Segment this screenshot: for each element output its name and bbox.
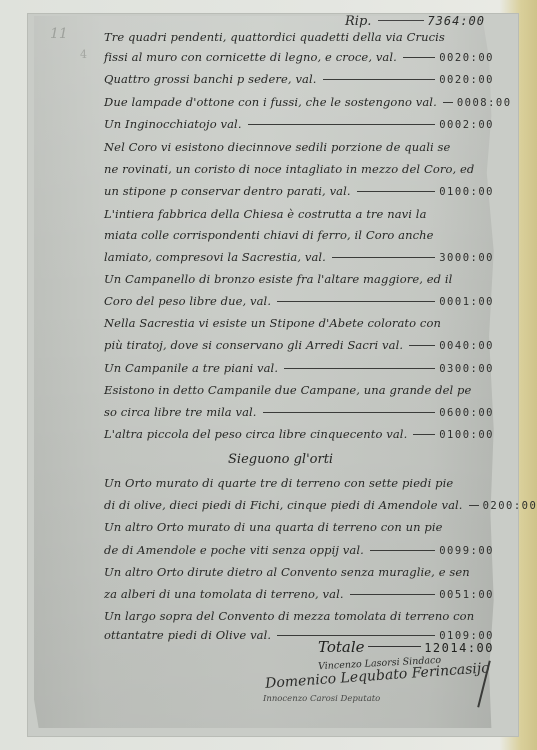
- total-amount: 12014:00: [424, 641, 494, 655]
- carried-forward-amount: 7364:00: [427, 14, 485, 28]
- entry-text: Due lampade d'ottone con i fussi, che le…: [104, 95, 437, 109]
- entry-rule: [403, 57, 435, 58]
- entry-text: Un Campanello di bronzo esiste fra l'alt…: [104, 272, 452, 286]
- entry-line: so circa libre tre mila val.0600:00: [104, 405, 494, 419]
- entry-line: Coro del peso libre due, val.0001:00: [104, 294, 494, 308]
- carried-forward-label: Rip.: [345, 14, 371, 29]
- entry-rule: [357, 191, 436, 192]
- folio-number: 11: [50, 26, 68, 42]
- entry-text: Quattro grossi banchi p sedere, val.: [104, 72, 317, 86]
- total-row: Totale 12014:00: [318, 638, 494, 656]
- total-rule: [368, 646, 422, 647]
- garden-entry-line: za alberi di una tomolata di terreno, va…: [104, 587, 494, 601]
- entry-text: un stipone p conservar dentro parati, va…: [104, 184, 351, 198]
- garden-entry-line: di di olive, dieci piedi di Fichi, cinqu…: [104, 498, 494, 512]
- entry-line: miata colle corrispondenti chiavi di fer…: [104, 228, 494, 242]
- section-heading: Sieguono gl'orti: [228, 452, 333, 467]
- entry-text: Nel Coro vi esistono diecinnove sedili p…: [104, 140, 450, 154]
- garden-entry-line: de di Amendole e poche viti senza oppij …: [104, 543, 494, 557]
- entry-line: L'intiera fabbrica della Chiesa è costru…: [104, 207, 494, 221]
- entry-text: Esistono in detto Campanile due Campane,…: [104, 383, 471, 397]
- entry-amount: 0300:00: [439, 363, 494, 375]
- entry-text: più tiratoj, dove si conservano gli Arre…: [104, 338, 403, 352]
- entry-line: Quattro grossi banchi p sedere, val.0020…: [104, 72, 494, 86]
- garden-entry-line: Un largo sopra del Convento di mezza tom…: [104, 609, 494, 623]
- entry-text: Tre quadri pendenti, quattordici quadett…: [104, 30, 445, 44]
- entry-amount: 0051:00: [439, 589, 494, 601]
- entry-line: Un Campanile a tre piani val.0300:00: [104, 361, 494, 375]
- entry-line: ne rovinati, un coristo di noce intaglia…: [104, 162, 494, 176]
- entry-rule: [277, 301, 435, 302]
- entry-amount: 0008:00: [457, 97, 512, 109]
- entry-rule: [469, 505, 479, 506]
- entry-text: Coro del peso libre due, val.: [104, 294, 271, 308]
- entry-text: Nella Sacrestia vi esiste un Stipone d'A…: [104, 316, 441, 330]
- garden-entry-line: Un altro Orto murato di una quarta di te…: [104, 520, 494, 534]
- entry-rule: [263, 412, 436, 413]
- entry-text: fissi al muro con cornicette di legno, e…: [104, 50, 397, 64]
- entry-text: za alberi di una tomolata di terreno, va…: [104, 587, 344, 601]
- entry-rule: [323, 79, 436, 80]
- entry-text: Un Orto murato di quarte tre di terreno …: [104, 476, 453, 490]
- entry-line: Tre quadri pendenti, quattordici quadett…: [104, 30, 494, 44]
- entry-amount: 0100:00: [439, 429, 494, 441]
- entry-rule: [332, 257, 435, 258]
- entry-amount: 0600:00: [439, 407, 494, 419]
- entry-rule: [413, 434, 435, 435]
- entry-amount: 0040:00: [439, 340, 494, 352]
- entry-text: ottantatre piedi di Olive val.: [104, 628, 271, 642]
- entry-line: più tiratoj, dove si conservano gli Arre…: [104, 338, 494, 352]
- entry-line: Un Inginocchiatojo val.0002:00: [104, 117, 494, 131]
- entry-rule: [409, 345, 435, 346]
- entry-amount: 0020:00: [439, 52, 494, 64]
- entry-line: lamiato, compresovi la Sacrestia, val.30…: [104, 250, 494, 264]
- entry-text: di di olive, dieci piedi di Fichi, cinqu…: [104, 498, 463, 512]
- entry-text: L'altra piccola del peso circa libre cin…: [104, 427, 407, 441]
- entry-rule: [248, 124, 436, 125]
- carried-forward-rule: [378, 20, 424, 21]
- entry-text: so circa libre tre mila val.: [104, 405, 257, 419]
- entry-line: L'altra piccola del peso circa libre cin…: [104, 427, 494, 441]
- entry-text: lamiato, compresovi la Sacrestia, val.: [104, 250, 326, 264]
- entry-amount: 0100:00: [439, 186, 494, 198]
- entry-line: Esistono in detto Campanile due Campane,…: [104, 383, 494, 397]
- entry-line: Nel Coro vi esistono diecinnove sedili p…: [104, 140, 494, 154]
- entry-text: Un Campanile a tre piani val.: [104, 361, 278, 375]
- entry-text: miata colle corrispondenti chiavi di fer…: [104, 228, 434, 242]
- entry-amount: 0200:00: [483, 500, 537, 512]
- entry-amount: 0001:00: [439, 296, 494, 308]
- entry-rule: [284, 368, 435, 369]
- entry-line: un stipone p conservar dentro parati, va…: [104, 184, 494, 198]
- entry-text: Un largo sopra del Convento di mezza tom…: [104, 609, 474, 623]
- garden-entry-line: Un Orto murato di quarte tre di terreno …: [104, 476, 494, 490]
- entry-line: Nella Sacrestia vi esiste un Stipone d'A…: [104, 316, 494, 330]
- entry-text: Un altro Orto dirute dietro al Convento …: [104, 565, 470, 579]
- entry-text: Un altro Orto murato di una quarta di te…: [104, 520, 443, 534]
- total-label: Totale: [318, 638, 365, 656]
- entry-amount: 0020:00: [439, 74, 494, 86]
- entry-rule: [277, 635, 435, 636]
- entry-text: L'intiera fabbrica della Chiesa è costru…: [104, 207, 427, 221]
- folio-submark: 4: [80, 48, 87, 61]
- entry-text: de di Amendole e poche viti senza oppij …: [104, 543, 364, 557]
- garden-entry-line: Un altro Orto dirute dietro al Convento …: [104, 565, 494, 579]
- entry-amount: 0099:00: [439, 545, 494, 557]
- entry-amount: 0002:00: [439, 119, 494, 131]
- entry-rule: [443, 102, 453, 103]
- entry-line: fissi al muro con cornicette di legno, e…: [104, 50, 494, 64]
- entry-line: Un Campanello di bronzo esiste fra l'alt…: [104, 272, 494, 286]
- entry-line: Due lampade d'ottone con i fussi, che le…: [104, 95, 494, 109]
- entry-amount: 3000:00: [439, 252, 494, 264]
- entry-rule: [370, 550, 435, 551]
- entry-text: ne rovinati, un coristo di noce intaglia…: [104, 162, 474, 176]
- signature-deputato: Innocenzo Carosi Deputato: [263, 694, 380, 704]
- entry-text: Un Inginocchiatojo val.: [104, 117, 242, 131]
- carried-forward: Rip. 7364:00: [345, 14, 485, 29]
- entry-rule: [350, 594, 436, 595]
